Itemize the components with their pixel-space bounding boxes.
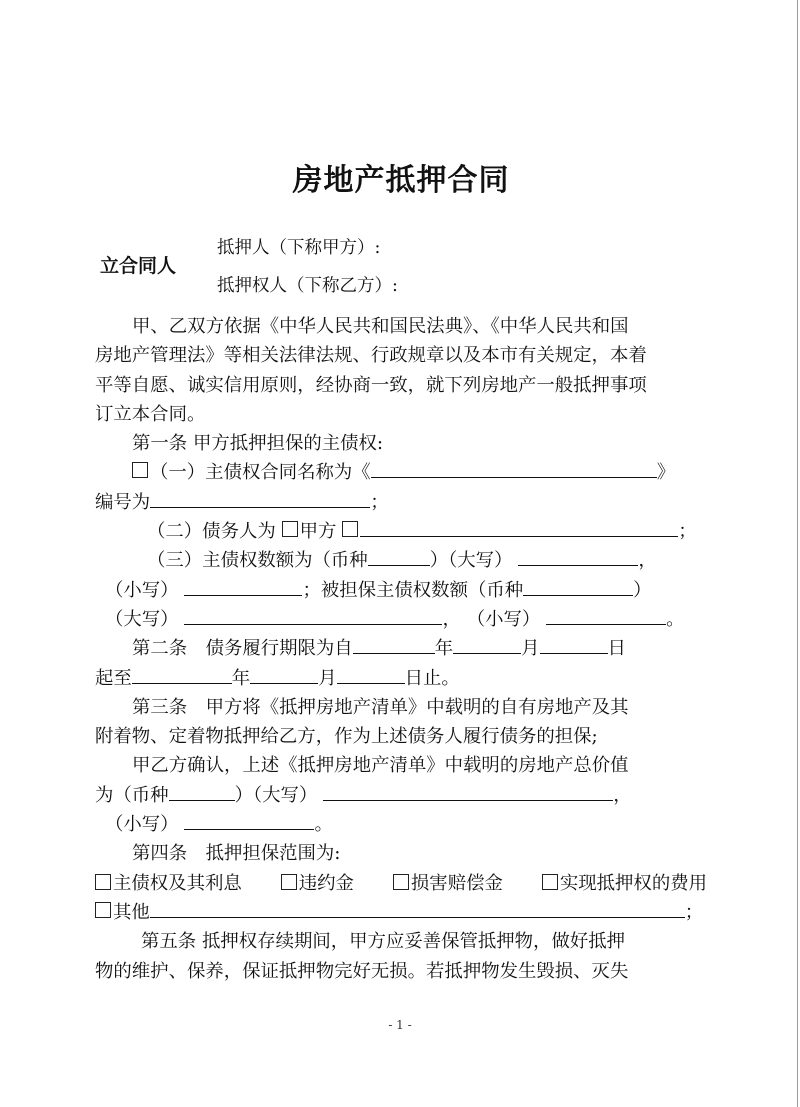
- punct: ，: [442, 605, 460, 634]
- value-capital-blank[interactable]: [323, 782, 613, 801]
- capital-label: （大写）: [105, 605, 179, 634]
- checkbox[interactable]: [393, 874, 409, 890]
- article-1-item-3-cont: （小写） ；被担保主债权数额（币种 ）: [95, 576, 707, 605]
- value-currency-blank[interactable]: [169, 782, 235, 801]
- article-4-other: 其他 ；: [95, 898, 707, 927]
- end-month-blank[interactable]: [250, 665, 318, 684]
- amount-small-blank[interactable]: [184, 577, 302, 596]
- document-title: 房地产抵押合同: [95, 155, 707, 199]
- article-5-text: 物的维护、保养，保证抵押物完好无损。若抵押物发生毁损、灭失: [95, 957, 628, 986]
- secured-capital-blank[interactable]: [184, 606, 442, 625]
- secured-currency-blank[interactable]: [523, 577, 633, 596]
- option-label: 违约金: [299, 873, 354, 894]
- contract-body: 甲、乙双方依据《中华人民共和国民法典》、《中华人民共和国 房地产管理法》等相关法…: [95, 312, 707, 986]
- item-1-label: （一）主债权合同名称为《: [150, 458, 371, 487]
- end-day-blank[interactable]: [337, 665, 405, 684]
- article-2-line-2: 起至 年 月 日止。: [95, 664, 707, 693]
- other-blank[interactable]: [150, 899, 685, 918]
- article-3-line-1: 第三条 甲方将《抵押房地产清单》中载明的自有房地产及其: [95, 693, 707, 722]
- article-5-line-1: 第五条 抵押权存续期间，甲方应妥善保管抵押物，做好抵押: [95, 927, 707, 956]
- checkbox[interactable]: [281, 874, 297, 890]
- heading-text: 第四条 抵押担保范围为:: [132, 839, 341, 868]
- preamble-line: 房地产管理法》等相关法律法规、行政规章以及本市有关规定，本着: [95, 341, 707, 370]
- small-label: （小写）: [105, 576, 179, 605]
- secured-amount-label: ；被担保主债权数额（币种: [302, 576, 523, 605]
- article-3-text: 附着物、定着物抵押给乙方，作为上述债务人履行债务的担保;: [95, 722, 598, 751]
- punct: ，: [638, 546, 656, 575]
- other-label: 其他: [113, 898, 150, 927]
- article-4-heading: 第四条 抵押担保范围为:: [95, 839, 707, 868]
- contract-number-blank[interactable]: [150, 489, 370, 508]
- checkbox[interactable]: [95, 874, 111, 890]
- article-5-text: 第五条 抵押权存续期间，甲方应妥善保管抵押物，做好抵押: [141, 927, 625, 956]
- secured-small-blank[interactable]: [546, 606, 666, 625]
- scope-option[interactable]: 损害赔偿金: [393, 869, 503, 898]
- start-month-blank[interactable]: [453, 635, 521, 654]
- capital-label: ）（大写）: [235, 781, 318, 810]
- small-label: （小写）: [105, 810, 179, 839]
- month-label: 月: [521, 634, 539, 663]
- item-3-label: （三）主债权数额为（币种: [147, 546, 368, 575]
- capital-label: ）（大写）: [430, 546, 513, 575]
- page-number: - 1 -: [0, 1018, 800, 1032]
- item-2-label: （二）债务人为: [147, 517, 276, 546]
- parties-label: 立合同人: [100, 251, 176, 278]
- currency-blank[interactable]: [368, 547, 430, 566]
- article-3-small-line: （小写） 。: [95, 810, 707, 839]
- value-small-blank[interactable]: [184, 811, 314, 830]
- article-2-heading: 第二条 债务履行期限为自: [132, 634, 353, 663]
- scope-option[interactable]: 实现抵押权的费用: [542, 869, 707, 898]
- debtor-other-blank[interactable]: [360, 518, 678, 537]
- small-label: （小写）: [467, 605, 541, 634]
- punct: ；: [678, 517, 696, 546]
- article-1-number-line: 编号为 ；: [95, 488, 707, 517]
- punct: ；: [370, 488, 388, 517]
- to-label: 起至: [95, 664, 132, 693]
- party-a-label: 抵押人（下称甲方）:: [217, 234, 380, 259]
- option-party-a: 甲方: [300, 517, 337, 546]
- punct: 。: [314, 810, 332, 839]
- year-label: 年: [435, 634, 453, 663]
- article-3-value-line: 为（币种 ）（大写） ，: [95, 781, 707, 810]
- contract-name-blank[interactable]: [371, 459, 657, 478]
- preamble-text: 订立本合同。: [95, 400, 205, 429]
- preamble-text: 甲、乙双方依据《中华人民共和国民法典》、《中华人民共和国: [132, 312, 629, 341]
- party-b-label: 抵押权人（下称乙方）:: [217, 272, 398, 297]
- checkbox-debtor-party-a[interactable]: [282, 521, 298, 537]
- article-1-item-3: （三）主债权数额为（币种 ）（大写） ，: [95, 546, 707, 575]
- heading-text: 第一条 甲方抵押担保的主债权:: [132, 429, 383, 458]
- punct: 。: [666, 605, 684, 634]
- value-currency-label: 为（币种: [95, 781, 169, 810]
- checkbox[interactable]: [542, 874, 558, 890]
- article-3-text: 甲乙方确认，上述《抵押房地产清单》中载明的房地产总价值: [132, 751, 629, 780]
- article-4-options: 主债权及其利息 违约金 损害赔偿金 实现抵押权的费用: [95, 869, 707, 898]
- checkbox-other[interactable]: [95, 902, 111, 918]
- year-label: 年: [232, 664, 250, 693]
- preamble-text: 房地产管理法》等相关法律法规、行政规章以及本市有关规定，本着: [95, 341, 647, 370]
- article-1-item-1: （一）主债权合同名称为《 》: [95, 458, 707, 487]
- article-3-text: 第三条 甲方将《抵押房地产清单》中载明的自有房地产及其: [132, 693, 629, 722]
- checkbox-debtor-other[interactable]: [342, 521, 358, 537]
- preamble-line: 平等自愿、诚实信用原则，经协商一致，就下列房地产一般抵押事项: [95, 371, 707, 400]
- option-label: 主债权及其利息: [113, 873, 242, 894]
- preamble-line: 甲、乙双方依据《中华人民共和国民法典》、《中华人民共和国: [95, 312, 707, 341]
- punct: ，: [613, 781, 631, 810]
- scope-option[interactable]: 主债权及其利息: [95, 869, 242, 898]
- article-1-item-2: （二）债务人为 甲方 ；: [95, 517, 707, 546]
- number-label: 编号为: [95, 488, 150, 517]
- preamble-text: 平等自愿、诚实信用原则，经协商一致，就下列房地产一般抵押事项: [95, 371, 647, 400]
- punct: ）: [633, 576, 651, 605]
- start-year-blank[interactable]: [353, 635, 435, 654]
- article-3-line-3: 甲乙方确认，上述《抵押房地产清单》中载明的房地产总价值: [95, 751, 707, 780]
- end-year-blank[interactable]: [132, 665, 232, 684]
- article-1-item-3-cont2: （大写） ， （小写） 。: [95, 605, 707, 634]
- option-label: 损害赔偿金: [411, 873, 503, 894]
- end-label: 日止。: [405, 664, 460, 693]
- option-label: 实现抵押权的费用: [560, 873, 707, 894]
- checkbox-item-1[interactable]: [132, 462, 148, 478]
- punct: ；: [685, 898, 703, 927]
- preamble-line: 订立本合同。: [95, 400, 707, 429]
- quote-close: 》: [657, 458, 675, 487]
- article-1-heading: 第一条 甲方抵押担保的主债权:: [95, 429, 707, 458]
- day-label: 日: [608, 634, 626, 663]
- amount-capital-blank[interactable]: [518, 547, 638, 566]
- month-label: 月: [318, 664, 336, 693]
- page-edge: [797, 0, 798, 1107]
- scope-option[interactable]: 违约金: [281, 869, 354, 898]
- start-day-blank[interactable]: [540, 635, 608, 654]
- article-3-line-2: 附着物、定着物抵押给乙方，作为上述债务人履行债务的担保;: [95, 722, 707, 751]
- article-5-line-2: 物的维护、保养，保证抵押物完好无损。若抵押物发生毁损、灭失: [95, 957, 707, 986]
- article-2-line-1: 第二条 债务履行期限为自 年 月 日: [95, 634, 707, 663]
